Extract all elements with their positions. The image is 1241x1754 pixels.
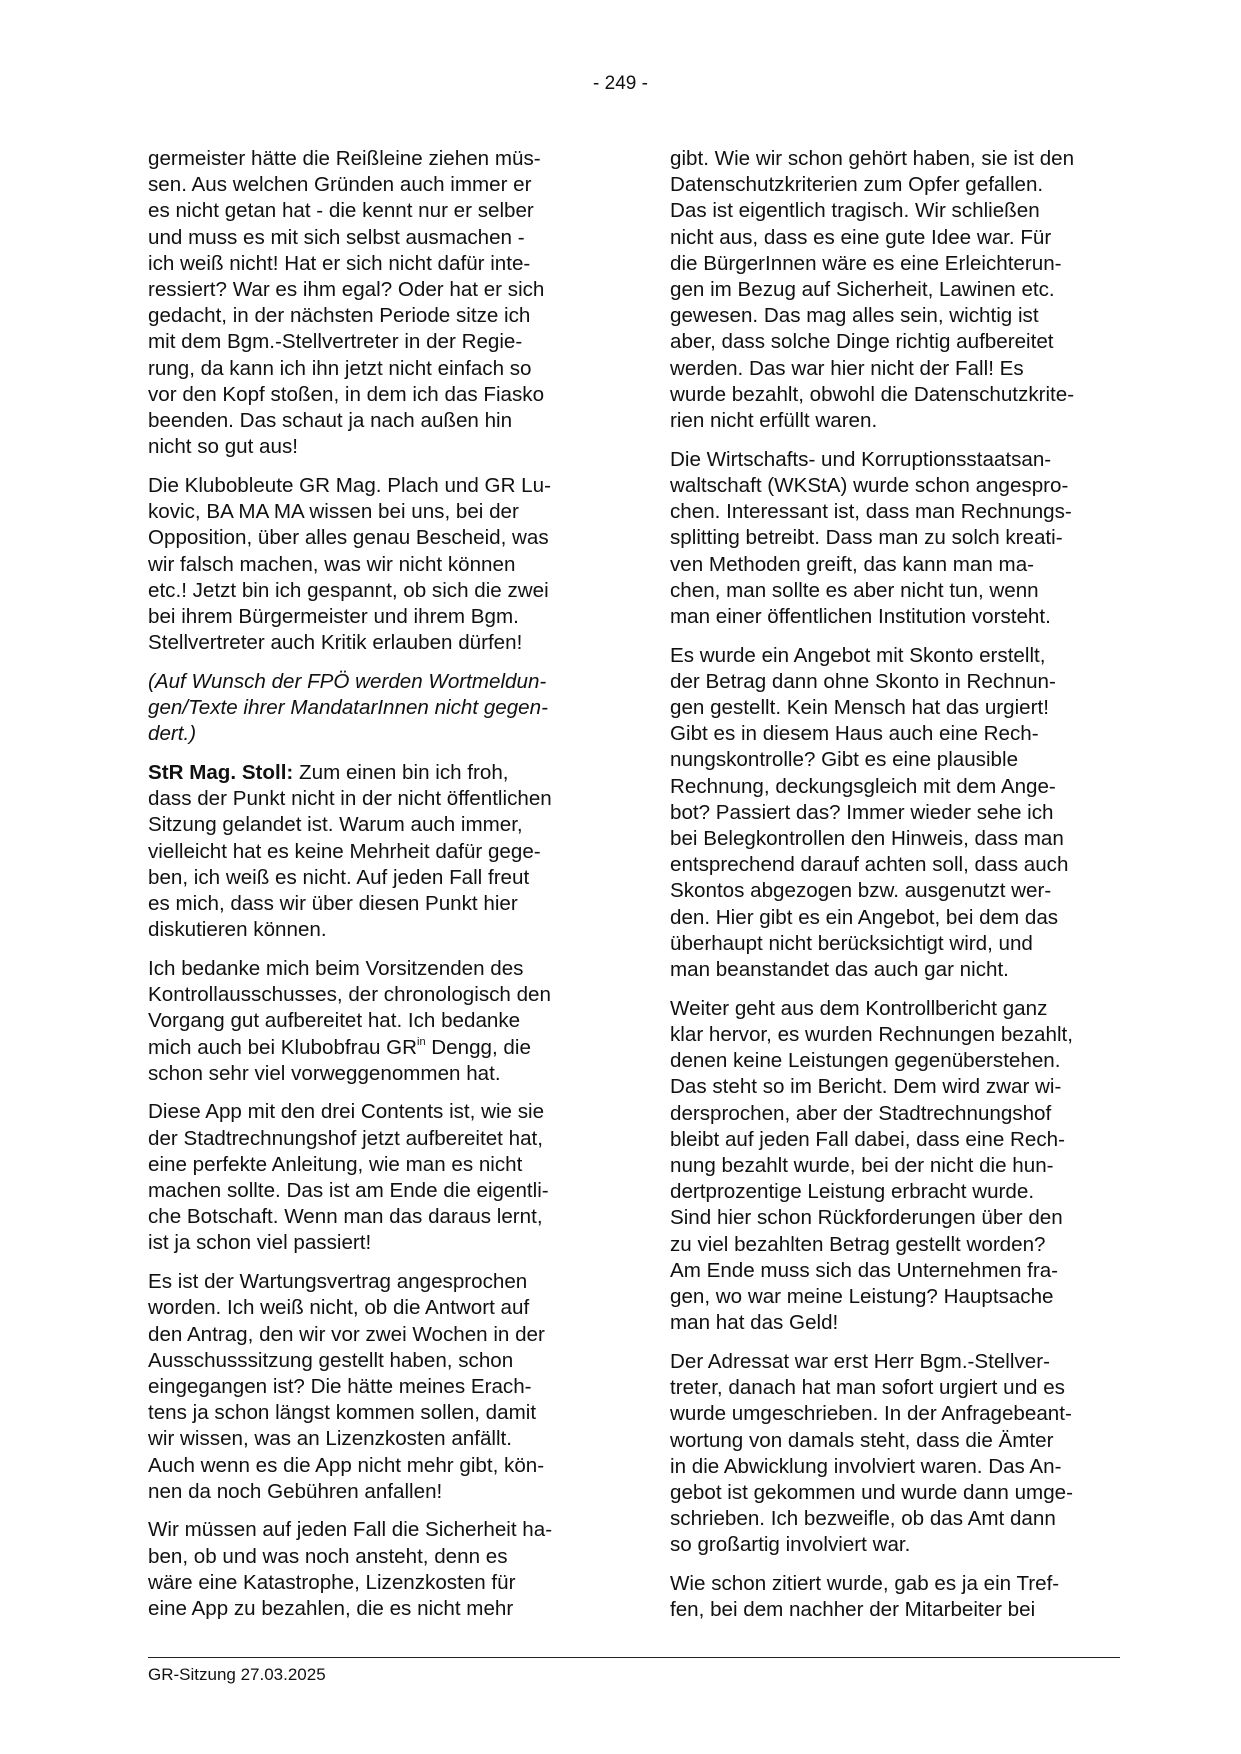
left-column: germeister hätte die Reißleine ziehen mü… [148,146,608,1635]
right-column: gibt. Wie wir schon gehört haben, sie is… [670,146,1130,1636]
paragraph: Es ist der Wartungsvertrag angesprochen … [148,1269,608,1505]
gender-note: (Auf Wunsch der FPÖ werden Wortmeldun- g… [148,669,608,748]
paragraph: gibt. Wie wir schon gehört haben, sie is… [670,146,1130,434]
paragraph: Wie schon zitiert wurde, gab es ja ein T… [670,1571,1130,1623]
paragraph: Weiter geht aus dem Kontrollbericht ganz… [670,996,1130,1337]
speaker-text: Zum einen bin ich froh, dass der Punkt n… [148,761,552,941]
paragraph: Die Wirtschafts- und Korruptionsstaatsan… [670,447,1130,630]
speaker-label: StR Mag. Stoll: [148,761,293,784]
footer-divider [148,1657,1120,1658]
paragraph: Der Adressat war erst Herr Bgm.-Stellver… [670,1349,1130,1559]
thanks-paragraph: Ich bedanke mich beim Vorsitzenden des K… [148,956,608,1087]
paragraph: Wir müssen auf jeden Fall die Sicherheit… [148,1517,608,1622]
speaker-paragraph: StR Mag. Stoll: Zum einen bin ich froh, … [148,760,608,943]
page-number: - 249 - [0,72,1241,96]
paragraph: Es wurde ein Angebot mit Skonto erstellt… [670,643,1130,984]
paragraph: Diese App mit den drei Contents ist, wie… [148,1099,608,1256]
paragraph: Die Klubobleute GR Mag. Plach und GR Lu-… [148,473,608,656]
footer-session-date: GR-Sitzung 27.03.2025 [148,1664,326,1686]
gender-superscript: in [417,1036,426,1048]
paragraph: germeister hätte die Reißleine ziehen mü… [148,146,608,460]
